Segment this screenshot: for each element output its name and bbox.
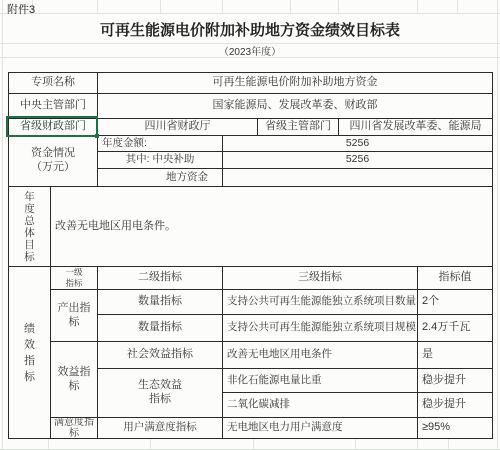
perf-row-value[interactable]: 2.4万千瓦 [417, 314, 492, 341]
margin-gridline [338, 0, 339, 13]
prov-dept-label[interactable]: 省级主管部门 [257, 118, 338, 135]
funding-local-value[interactable] [222, 168, 492, 186]
funding-label[interactable]: 资金情况 （万元） [8, 135, 97, 186]
margin-gridline [417, 439, 418, 450]
spreadsheet-canvas: 附件3 可再生能源电价附加补助地方资金绩效目标表 （2023年度） 专项名称 可… [0, 0, 500, 450]
project-name-label[interactable]: 专项名称 [8, 72, 97, 93]
attachment-label[interactable]: 附件3 [7, 1, 35, 17]
perf-group-benefit[interactable]: 效益指标 [50, 341, 97, 417]
margin-gridline [290, 0, 291, 13]
central-dept-value[interactable]: 国家能源局、发展改革委、财政部 [97, 93, 492, 118]
funding-annual-label[interactable]: 年度金额: [97, 135, 222, 151]
perf-header-level3[interactable]: 三级指标 [222, 266, 417, 289]
annual-goal-label-text: 年度总体目标 [24, 191, 36, 263]
margin-gridline [150, 439, 151, 450]
perf-group-satisfaction[interactable]: 满意度指 标 [50, 417, 97, 438]
funding-central-label[interactable]: 其中: 中央补助 [97, 151, 222, 168]
perf-row-value[interactable]: 稳步提升 [417, 368, 492, 392]
perf-header-value[interactable]: 指标值 [417, 266, 492, 289]
selected-cell-indicator [6, 116, 98, 137]
annual-goal-content[interactable]: 改善无电地区用电条件。 [50, 186, 492, 266]
perf-row-level2[interactable]: 社会效益指标 [97, 341, 222, 368]
prov-dept-value[interactable]: 四川省发展改革委、能源局 [338, 118, 492, 135]
perf-row-level3[interactable]: 支持公共可再生能源能独立系统项目规模 [222, 314, 417, 341]
funding-central-value[interactable]: 5256 [222, 151, 492, 168]
perf-row-level3[interactable]: 无电地区电力用户满意度 [222, 417, 417, 438]
margin-gridline [48, 439, 49, 450]
fill-handle[interactable] [95, 134, 99, 138]
perf-label[interactable]: 绩效指标 [8, 266, 50, 438]
page-subtitle[interactable]: （2023年度） [8, 44, 492, 57]
margin-gridline [0, 13, 500, 14]
perf-header-level1[interactable]: 一级 指标 [50, 266, 97, 289]
margin-gridline [97, 0, 98, 13]
perf-row-level2[interactable]: 用户满意度指标 [97, 417, 222, 438]
margin-gridline [457, 0, 458, 13]
perf-row-value[interactable]: 2个 [417, 289, 492, 314]
annual-goal-label[interactable]: 年度总体目标 [8, 186, 50, 266]
perf-group-output[interactable]: 产出指标 [50, 289, 97, 341]
page-title[interactable]: 可再生能源电价附加补助地方资金绩效目标表 [8, 16, 492, 43]
perf-group-eco[interactable]: 生态效益 指标 [97, 368, 222, 417]
perf-row-value[interactable]: 是 [417, 341, 492, 368]
perf-row-level3[interactable]: 二氧化碳减排 [222, 392, 417, 417]
perf-row-level2[interactable]: 数量指标 [97, 314, 222, 341]
margin-gridline [355, 439, 356, 450]
margin-gridline [253, 439, 254, 450]
central-dept-label[interactable]: 中央主管部门 [8, 93, 97, 118]
perf-label-text: 绩效指标 [24, 321, 36, 385]
prov-finance-value[interactable]: 四川省财政厅 [97, 118, 257, 135]
margin-gridline [497, 0, 498, 450]
perf-row-level3[interactable]: 改善无电地区用电条件 [222, 341, 417, 368]
margin-gridline [2, 0, 3, 450]
perf-header-level2[interactable]: 二级指标 [97, 266, 222, 289]
perf-row-level3[interactable]: 非化石能源电量比重 [222, 368, 417, 392]
project-name-value[interactable]: 可再生能源电价附加补助地方资金 [97, 72, 492, 93]
perf-row-level2[interactable]: 数量指标 [97, 289, 222, 314]
perf-row-value[interactable]: ≥95% [417, 417, 492, 438]
margin-gridline [448, 439, 449, 450]
table-right-border [492, 72, 493, 439]
perf-row-level3[interactable]: 支持公共可再生能源能独立系统项目数量 [222, 289, 417, 314]
margin-gridline [222, 0, 223, 13]
margin-gridline [417, 0, 418, 13]
table-bottom-border [8, 438, 493, 439]
funding-annual-value[interactable]: 5256 [222, 135, 492, 151]
margin-gridline [160, 0, 161, 13]
perf-row-value[interactable]: 稳步提升 [417, 392, 492, 417]
funding-local-label[interactable]: 地方资金 [97, 168, 222, 186]
